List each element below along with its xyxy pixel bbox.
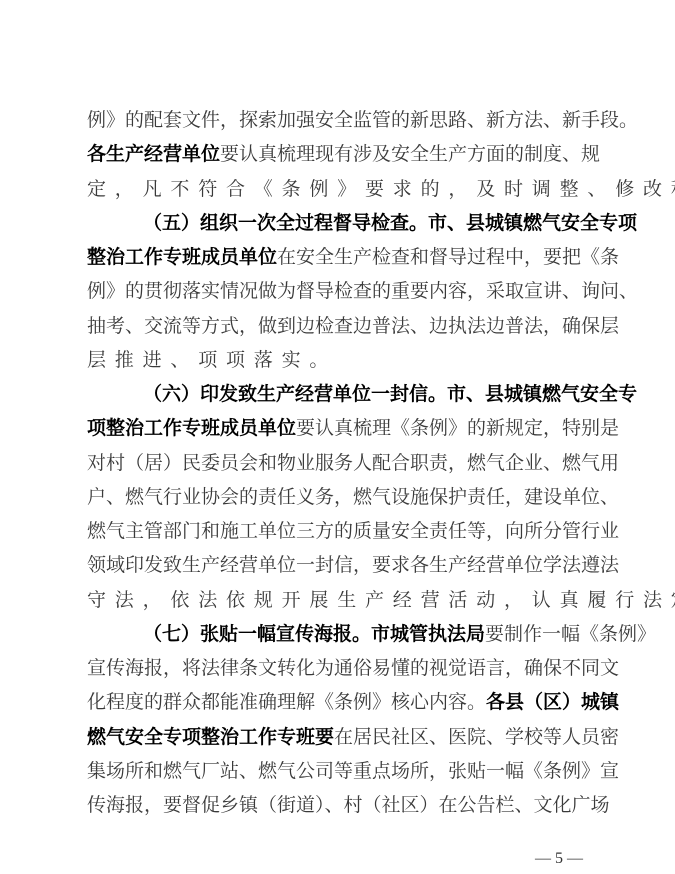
text-line: 领域印发致生产经营单位一封信，要求各生产经营单位学法遵法 — [87, 548, 590, 582]
text-line: 各生产经营单位要认真梳理现有涉及安全生产方面的制度、规 — [87, 137, 590, 171]
text-line: （六）印发致生产经营单位一封信。市、县城镇燃气安全专 — [143, 377, 590, 411]
body-text: 定，凡不符合《条例》要求的，及时调整、修改和完善。 — [87, 178, 675, 200]
text-line: 户、燃气行业协会的责任义务，燃气设施保护责任，建设单位、 — [87, 480, 590, 514]
text-line: 例》的配套文件，探索加强安全监管的新思路、新方法、新手段。 — [87, 103, 590, 137]
document-page: 例》的配套文件，探索加强安全监管的新思路、新方法、新手段。各生产经营单位要认真梳… — [0, 0, 675, 874]
body-text: 对村（居）民委员会和物业服务人配合职责，燃气企业、燃气用 — [87, 452, 619, 474]
text-line: 抽考、交流等方式，做到边检查边普法、边执法边普法，确保层 — [87, 309, 590, 343]
bold-text: 各县（区）城镇 — [486, 691, 619, 713]
text-line: （七）张贴一幅宣传海报。市城管执法局要制作一幅《条例》 — [143, 617, 590, 651]
text-line: 项整治工作专班成员单位要认真梳理《条例》的新规定，特别是 — [87, 411, 590, 445]
body-text: 燃气主管部门和施工单位三方的质量安全责任等，向所分管行业 — [87, 520, 619, 542]
text-line: 宣传海报，将法律条文转化为通俗易懂的视觉语言，确保不同文 — [87, 651, 590, 685]
body-text: 户、燃气行业协会的责任义务，燃气设施保护责任，建设单位、 — [87, 486, 619, 508]
bold-text: （六）印发致生产经营单位一封信。市、县城镇燃气安全专 — [143, 383, 637, 405]
text-line: 燃气安全专项整治工作专班要在居民社区、医院、学校等人员密 — [87, 720, 590, 754]
body-text: 要认真梳理《条例》的新规定，特别是 — [296, 417, 619, 439]
body-text: 守法，依法依规开展生产经营活动，认真履行法定职责和义务。 — [87, 589, 675, 611]
body-text: 抽考、交流等方式，做到边检查边普法、边执法边普法，确保层 — [87, 315, 619, 337]
body-text: 集场所和燃气厂站、燃气公司等重点场所，张贴一幅《条例》宣 — [87, 760, 619, 782]
body-text: 例》的配套文件，探索加强安全监管的新思路、新方法、新手段。 — [87, 109, 638, 131]
text-line: 传海报，要督促乡镇（街道）、村（社区）在公告栏、文化广场 — [87, 788, 590, 822]
bold-text: 各生产经营单位 — [87, 143, 220, 165]
body-text: 宣传海报，将法律条文转化为通俗易懂的视觉语言，确保不同文 — [87, 657, 619, 679]
text-line: 定，凡不符合《条例》要求的，及时调整、修改和完善。 — [87, 172, 590, 206]
text-line: 化程度的群众都能准确理解《条例》核心内容。各县（区）城镇 — [87, 685, 590, 719]
body-text: 化程度的群众都能准确理解《条例》核心内容。 — [87, 691, 486, 713]
text-line: （五）组织一次全过程督导检查。市、县城镇燃气安全专项 — [143, 206, 590, 240]
bold-text: 整治工作专班成员单位 — [87, 246, 277, 268]
body-text: 在居民社区、医院、学校等人员密 — [334, 726, 619, 748]
body-text: 传海报，要督促乡镇（街道）、村（社区）在公告栏、文化广场 — [87, 794, 610, 816]
text-line: 层推进、项项落实。 — [87, 343, 590, 377]
body-text: 例》的贯彻落实情况做为督导检查的重要内容，采取宣讲、询问、 — [87, 280, 638, 302]
bold-text: （五）组织一次全过程督导检查。市、县城镇燃气安全专项 — [143, 212, 637, 234]
body-text: 领域印发致生产经营单位一封信，要求各生产经营单位学法遵法 — [87, 554, 619, 576]
bold-text: 项整治工作专班成员单位 — [87, 417, 296, 439]
page-number: — 5 — — [535, 850, 595, 872]
text-line: 燃气主管部门和施工单位三方的质量安全责任等，向所分管行业 — [87, 514, 590, 548]
text-line: 守法，依法依规开展生产经营活动，认真履行法定职责和义务。 — [87, 583, 590, 617]
body-text: 在安全生产检查和督导过程中，要把《条 — [277, 246, 619, 268]
body-text: 要认真梳理现有涉及安全生产方面的制度、规 — [220, 143, 600, 165]
text-line: 例》的贯彻落实情况做为督导检查的重要内容，采取宣讲、询问、 — [87, 274, 590, 308]
text-line: 集场所和燃气厂站、燃气公司等重点场所，张贴一幅《条例》宣 — [87, 754, 590, 788]
bold-text: 燃气安全专项整治工作专班要 — [87, 726, 334, 748]
bold-text: （七）张贴一幅宣传海报。市城管执法局 — [143, 623, 485, 645]
text-line: 对村（居）民委员会和物业服务人配合职责，燃气企业、燃气用 — [87, 446, 590, 480]
text-line: 整治工作专班成员单位在安全生产检查和督导过程中，要把《条 — [87, 240, 590, 274]
body-text: 要制作一幅《条例》 — [485, 623, 656, 645]
body-text: 层推进、项项落实。 — [87, 349, 337, 371]
